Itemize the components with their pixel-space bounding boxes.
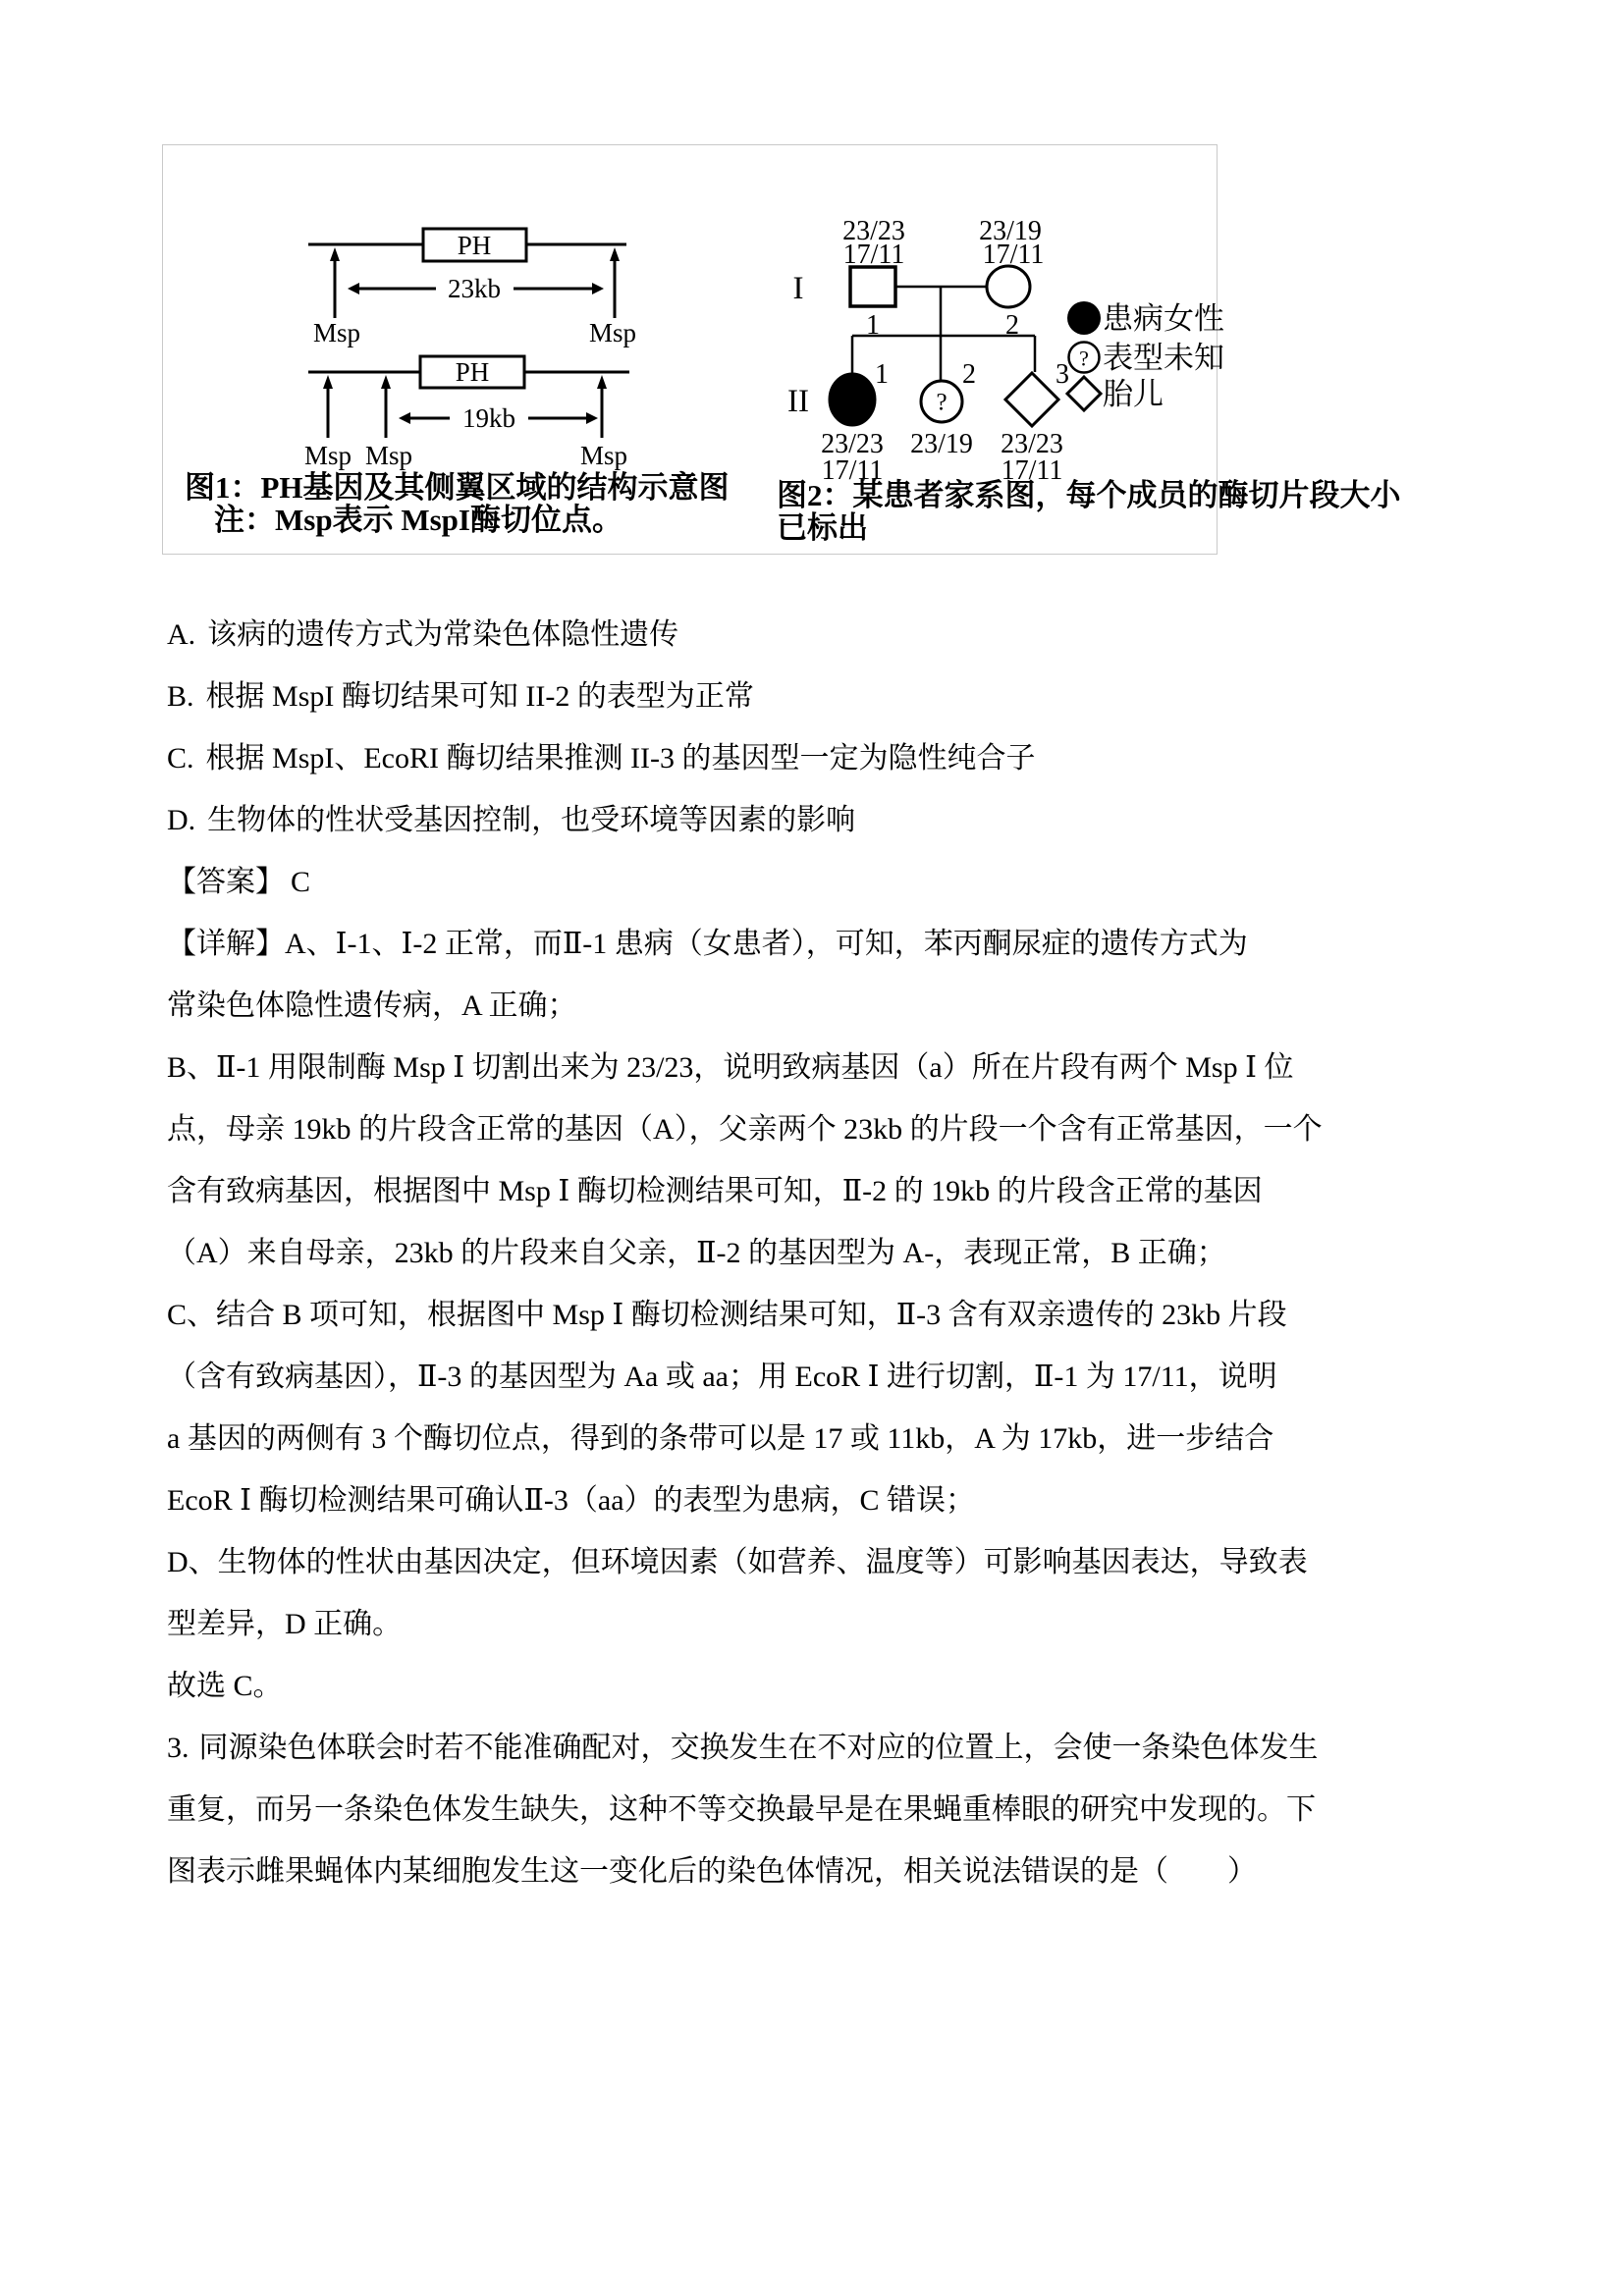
- male-symbol: [850, 267, 895, 306]
- option-label: C.: [167, 742, 194, 774]
- answer-value: C: [291, 866, 310, 898]
- analysis-line-3: 点，母亲 19kb 的片段含正常的基因（A），父亲两个 23kb 的片段一个含有…: [167, 1098, 1483, 1160]
- figure-panel: PH 23kb Msp Msp PH 19kb: [162, 144, 1218, 555]
- up-arrow-icon: [323, 375, 333, 389]
- document-page: PH 23kb Msp Msp PH 19kb: [0, 0, 1624, 2296]
- fetus-legend-icon: [1067, 377, 1101, 410]
- gene-label: PH: [456, 357, 490, 387]
- analysis-line-8: a 基因的两侧有 3 个酶切位点，得到的条带可以是 17 或 11kb，A 为 …: [167, 1408, 1483, 1469]
- affected-female-legend-icon: [1067, 301, 1101, 335]
- up-arrow-icon: [597, 375, 607, 389]
- analysis-line-10: D、生物体的性状由基因决定，但环境因素（如营养、温度等）可影响基因表达，导致表: [167, 1531, 1483, 1593]
- legend-label: 患病女性: [1103, 301, 1223, 336]
- fig2-caption: 图2：某患者家系图，每个成员的酶切片段大小: [777, 479, 1401, 511]
- female-symbol: [987, 266, 1030, 307]
- analysis-line-7: （含有致病基因），Ⅱ-3 的基因型为 Aa 或 aa；用 EcoR Ⅰ 进行切割…: [167, 1346, 1483, 1408]
- legend-label: 表型未知: [1103, 341, 1223, 375]
- question-number: 3.: [167, 1732, 189, 1764]
- generation-I-label: I: [793, 271, 804, 306]
- member-number: 1: [875, 359, 889, 390]
- pedigree-chart: I II 23/23 17/11 1 23/19 17/11 2 1 23/23…: [772, 214, 1223, 487]
- msp-site-label: Msp: [580, 441, 627, 470]
- gene-label: PH: [458, 231, 492, 260]
- option-label: B.: [167, 680, 194, 713]
- up-arrow-icon: [330, 247, 340, 261]
- answer-tag: 【答案】: [167, 866, 285, 898]
- analysis-line-1: 常染色体隐性遗传病，A 正确；: [167, 975, 1483, 1037]
- answer-line: 【答案】C: [167, 851, 1483, 913]
- right-arrowhead-icon: [586, 412, 598, 424]
- option-d: D.生物体的性状受基因控制，也受环境等因素的影响: [167, 789, 1483, 851]
- option-text: 根据 MspI、EcoRI 酶切结果推测 II-3 的基因型一定为隐性纯合子: [206, 742, 1036, 774]
- option-text: 该病的遗传方式为常染色体隐性遗传: [207, 618, 678, 651]
- option-b: B.根据 MspI 酶切结果可知 II-2 的表型为正常: [167, 666, 1483, 727]
- fragment-size-label: 19kb: [462, 403, 515, 433]
- option-label: D.: [167, 804, 195, 836]
- up-arrow-icon: [381, 375, 391, 389]
- question-mark: ?: [936, 390, 947, 416]
- legend-label: 胎儿: [1103, 377, 1164, 411]
- analysis-tag: 【详解】: [167, 928, 285, 960]
- option-c: C.根据 MspI、EcoRI 酶切结果推测 II-3 的基因型一定为隐性纯合子: [167, 727, 1483, 789]
- option-text: 生物体的性状受基因控制，也受环境等因素的影响: [207, 804, 855, 836]
- question-body: A.该病的遗传方式为常染色体隐性遗传 B.根据 MspI 酶切结果可知 II-2…: [167, 604, 1483, 1902]
- fig1-caption: 图1：PH基因及其侧翼区域的结构示意图: [185, 471, 730, 504]
- fetus-symbol: [1005, 373, 1058, 426]
- member-number: 3: [1056, 359, 1069, 390]
- analysis-line-4: 含有致病基因，根据图中 Msp Ⅰ 酶切检测结果可知，Ⅱ-2 的 19kb 的片…: [167, 1160, 1483, 1222]
- option-text: 根据 MspI 酶切结果可知 II-2 的表型为正常: [206, 680, 754, 713]
- fragment-sizes: 23/19: [910, 429, 973, 459]
- question-3-line-0: 3.同源染色体联会时若不能准确配对，交换发生在不对应的位置上，会使一条染色体发生: [167, 1717, 1483, 1779]
- up-arrow-icon: [610, 247, 620, 261]
- option-a: A.该病的遗传方式为常染色体隐性遗传: [167, 604, 1483, 666]
- option-label: A.: [167, 618, 195, 651]
- analysis-conclusion: 故选 C。: [167, 1655, 1483, 1717]
- fragment-size-label: 23kb: [448, 274, 501, 303]
- analysis-line-5: （A）来自母亲，23kb 的片段来自父亲，Ⅱ-2 的基因型为 A-，表现正常，B…: [167, 1222, 1483, 1284]
- question-3-line-2: 图表示雌果蝇体内某细胞发生这一变化后的染色体情况，相关说法错误的是（ ）: [167, 1841, 1483, 1902]
- analysis-line-2: B、Ⅱ-1 用限制酶 Msp Ⅰ 切割出来为 23/23，说明致病基因（a）所在…: [167, 1037, 1483, 1098]
- analysis-line-0: 【详解】A、Ⅰ-1、Ⅰ-2 正常，而Ⅱ-1 患病（女患者），可知，苯丙酮尿症的遗…: [167, 913, 1483, 975]
- analysis-line-9: EcoR Ⅰ 酶切检测结果可确认Ⅱ-3（aa）的表型为患病，C 错误；: [167, 1469, 1483, 1531]
- analysis-line-11: 型差异，D 正确。: [167, 1593, 1483, 1655]
- generation-II-label: II: [787, 384, 809, 419]
- right-arrowhead-icon: [592, 283, 604, 294]
- fig1-note: 注：Msp表示 MspI酶切位点。: [214, 504, 623, 536]
- msp-site-label: Msp: [304, 441, 352, 470]
- gene-map-diagram: PH 23kb Msp Msp PH 19kb: [300, 222, 639, 472]
- affected-female-symbol: [830, 374, 875, 425]
- msp-site-label: Msp: [313, 318, 360, 347]
- fig2-caption-line2: 已标出: [777, 511, 868, 544]
- question-3-line-1: 重复，而另一条染色体发生缺失，这种不等交换最早是在果蝇重棒眼的研究中发现的。下: [167, 1779, 1483, 1841]
- member-number: 2: [962, 359, 976, 390]
- analysis-line-6: C、结合 B 项可知，根据图中 Msp Ⅰ 酶切检测结果可知，Ⅱ-3 含有双亲遗…: [167, 1284, 1483, 1346]
- msp-site-label: Msp: [365, 441, 412, 470]
- msp-site-label: Msp: [589, 318, 636, 347]
- question-mark: ?: [1079, 347, 1089, 371]
